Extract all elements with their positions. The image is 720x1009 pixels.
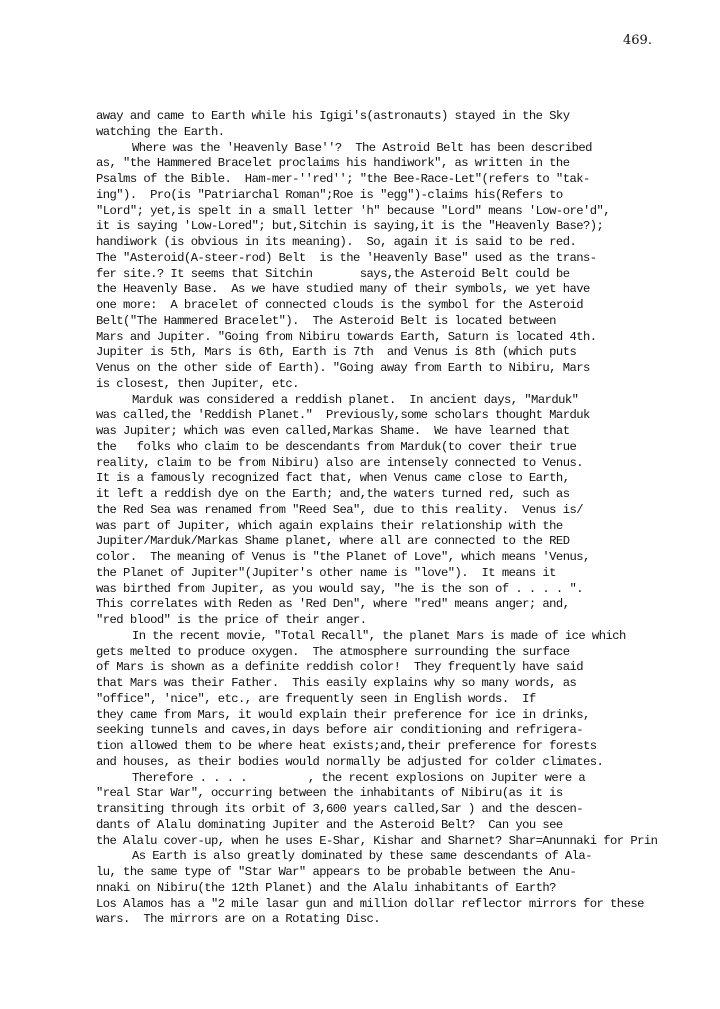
- text-line: gets melted to produce oxygen. The atmos…: [96, 644, 569, 660]
- text-line: "office", 'nice", etc., are frequently s…: [96, 691, 536, 707]
- text-line: was birthed from Jupiter, as you would s…: [96, 581, 583, 597]
- text-line: away and came to Earth while his Igigi's…: [96, 108, 569, 124]
- text-line: dants of Alalu dominating Jupiter and th…: [96, 817, 563, 833]
- text-line: This correlates with Reden as 'Red Den",…: [96, 596, 569, 612]
- text-line: color. The meaning of Venus is "the Plan…: [96, 549, 590, 565]
- text-line: the Heavenly Base. As we have studied ma…: [96, 281, 590, 297]
- text-line: watching the Earth.: [96, 124, 225, 140]
- text-line: Mars and Jupiter. "Going from Nibiru tow…: [96, 329, 597, 345]
- page-number: 469.: [623, 33, 652, 48]
- text-line: In the recent movie, "Total Recall", the…: [96, 628, 626, 644]
- text-line: the Planet of Jupiter"(Jupiter's other n…: [96, 565, 556, 581]
- text-line: and houses, as their bodies would normal…: [96, 754, 603, 770]
- text-line: is closest, then Jupiter, etc.: [96, 376, 299, 392]
- text-line: Jupiter is 5th, Mars is 6th, Earth is 7t…: [96, 344, 576, 360]
- text-line: as, "the Hammered Bracelet proclaims his…: [96, 155, 569, 171]
- text-line: the folks who claim to be descendants fr…: [96, 439, 576, 455]
- text-line: Los Alamos has a "2 mile lasar gun and m…: [96, 896, 644, 912]
- text-line: handiwork (is obvious in its meaning). S…: [96, 234, 576, 250]
- text-line: Venus on the other side of Earth). "Goin…: [96, 360, 590, 376]
- text-line: lu, the same type of "Star War" appears …: [96, 864, 576, 880]
- text-line: the Red Sea was renamed from "Reed Sea",…: [96, 502, 583, 518]
- text-line: of Mars is shown as a definite reddish c…: [96, 659, 583, 675]
- text-line: the Alalu cover-up, when he uses E-Shar,…: [96, 833, 657, 849]
- text-line: it is saying 'Low-Lored"; but,Sitchin is…: [96, 218, 603, 234]
- text-line: they came from Mars, it would explain th…: [96, 707, 590, 723]
- text-line: "red blood" is the price of their anger.: [96, 612, 367, 628]
- text-line: "real Star War", occurring between the i…: [96, 785, 563, 801]
- text-line: Psalms of the Bible. Ham-mer-''red''; "t…: [96, 171, 590, 187]
- text-line: Jupiter/Marduk/Markas Shame planet, wher…: [96, 533, 569, 549]
- text-line: As Earth is also greatly dominated by th…: [96, 848, 592, 864]
- text-line: "Lord"; yet,is spelt in a small letter '…: [96, 203, 610, 219]
- text-line: seeking tunnels and caves,in days before…: [96, 722, 583, 738]
- text-line: Belt("The Hammered Bracelet"). The Aster…: [96, 313, 556, 329]
- text-line: wars. The mirrors are on a Rotating Disc…: [96, 911, 380, 927]
- text-line: It is a famously recognized fact that, w…: [96, 470, 569, 486]
- text-line: Therefore . . . . , the recent explosion…: [96, 770, 585, 786]
- text-line: ing"). Pro(is "Patriarchal Roman";Roe is…: [96, 187, 563, 203]
- text-line: it left a reddish dye on the Earth; and,…: [96, 486, 569, 502]
- text-line: reality, claim to be from Nibiru) also a…: [96, 455, 583, 471]
- text-line: The "Asteroid(A-steer-rod) Belt is the '…: [96, 250, 597, 266]
- text-line: Where was the 'Heavenly Base''? The Astr…: [96, 140, 592, 156]
- text-line: was Jupiter; which was even called,Marka…: [96, 423, 569, 439]
- text-line: fer site.? It seems that Sitchin says,th…: [96, 266, 569, 282]
- text-line: tion allowed them to be where heat exist…: [96, 738, 597, 754]
- text-line: one more: A bracelet of connected clouds…: [96, 297, 583, 313]
- text-line: was called,the 'Reddish Planet." Previou…: [96, 407, 590, 423]
- text-line: nnaki on Nibiru(the 12th Planet) and the…: [96, 880, 556, 896]
- text-line: transiting through its orbit of 3,600 ye…: [96, 801, 583, 817]
- text-line: that Mars was their Father. This easily …: [96, 675, 576, 691]
- text-line: was part of Jupiter, which again explain…: [96, 518, 563, 534]
- text-line: Marduk was considered a reddish planet. …: [96, 392, 578, 408]
